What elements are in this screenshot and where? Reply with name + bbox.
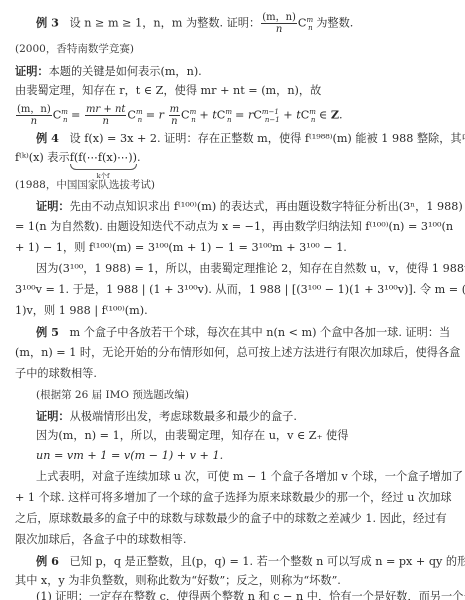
example-5-statement-cont: (m，n) = 1 时，无论开始的分布情形如何，总可按上述方法进行有限次加球后，… [15, 346, 460, 360]
example-3-label: 例 3 [36, 16, 59, 30]
example-3-equation: (m，n)nCmn = mr + ntnCmn = r mnCmn + tCmn… [15, 104, 343, 127]
example-6-part1: (1) 证明：一定存在整数 c，使得两个整数 n 和 c − n 中，恰有一个是… [36, 590, 465, 600]
example-6-statement-cont: 其中 x，y 为非负整数，则称此数为“好数”；反之，则称为“坏数”. [15, 574, 341, 588]
example-5-source: (根据第 26 届 IMO 预选题改编) [36, 388, 189, 402]
example-4-proof-line: 1)v，则 1 988 | f⁽¹⁰⁰⁾(m). [15, 304, 148, 318]
underbrace: f(f(⋯f(x)⋯))k个f [70, 151, 137, 165]
example-4-proof-line: + 1) − 1，则 f⁽¹⁰⁰⁾(m) = 3¹⁰⁰(m + 1) − 1 =… [15, 241, 347, 255]
example-5-proof-line: 上式表明，对盒子连续加球 u 次，可使 m − 1 个盒子各增加 v 个球，一个… [36, 470, 465, 484]
example-4-proof-line: = 1(n 为自然数). 由题设知迭代不动点为 x = −1，再由数学归纳法知 … [15, 220, 453, 234]
example-3-source: (2000，香特南数学竞赛) [15, 42, 134, 56]
example-4-source: (1988，中国国家队选拔考试) [15, 178, 155, 192]
example-5-statement-cont: 子中的球数相等. [15, 367, 97, 381]
example-3-statement: 例 3 设 n ≥ m ≥ 1，n，m 为整数. 证明：(m，n)nCmn 为整… [36, 12, 353, 35]
example-3-proof-line: 证明：本题的关键是如何表示(m，n). [15, 64, 202, 79]
example-5-equation: un = vm + 1 = v(m − 1) + v + 1. [36, 449, 223, 463]
gcd-fraction: (m，n)n [261, 12, 297, 35]
example-4-statement: 例 4 设 f(x) = 3x + 2. 证明：存在正整数 m，使得 f⁽¹⁹⁸… [36, 131, 465, 146]
example-3-text: 设 n ≥ m ≥ 1，n，m 为整数. 证明： [70, 17, 261, 30]
example-5-proof-line: 证明：从极端情形出发，考虑球数最多和最少的盒子. [36, 409, 297, 424]
example-5-proof-line: + 1 个球. 这样可将多增加了一个球的盒子选择为原来球数最少的那一个，经过 u… [15, 491, 452, 505]
example-4-statement-cont: f⁽ᵏ⁾(x) 表示f(f(⋯f(x)⋯))k个f. [15, 151, 141, 165]
example-4-proof-line: 证明：先由不动点知识求出 f⁽¹⁰⁰⁾(m) 的表达式，再由题设数字特征分析出(… [36, 199, 463, 214]
example-5-proof-line: 限次加球后，各盒子中的球数相等. [15, 533, 186, 547]
example-5-proof-line: 之后，原球数最多的盒子中的球数与球数最少的盒子中的球数之差减少 1. 因此，经过… [15, 512, 447, 526]
example-6-statement: 例 6 已知 p，q 是正整数，且(p，q) = 1. 若一个整数 n 可以写成… [36, 554, 465, 569]
example-3-proof-line: 由裴蜀定理，知存在 r，t ∈ Z，使得 mr + nt = (m，n)，故 [15, 84, 321, 98]
example-5-proof-line: 因为(m，n) = 1，所以，由裴蜀定理，知存在 u，v ∈ Z₊ 使得 [36, 429, 348, 443]
example-5-statement: 例 5 m 个盒子中各放若干个球，每次在其中 n(n < m) 个盒中各加一球.… [36, 325, 450, 340]
example-4-proof-line: 3¹⁰⁰v = 1. 于是，1 988 | (1 + 3¹⁰⁰v). 从而，1 … [15, 283, 465, 297]
example-6-label: 例 6 [36, 554, 59, 568]
example-4-proof-line: 因为(3¹⁰⁰，1 988) = 1，所以，由裴蜀定理推论 2，知存在自然数 u… [36, 262, 465, 276]
example-4-label: 例 4 [36, 131, 59, 145]
example-5-label: 例 5 [36, 325, 59, 339]
